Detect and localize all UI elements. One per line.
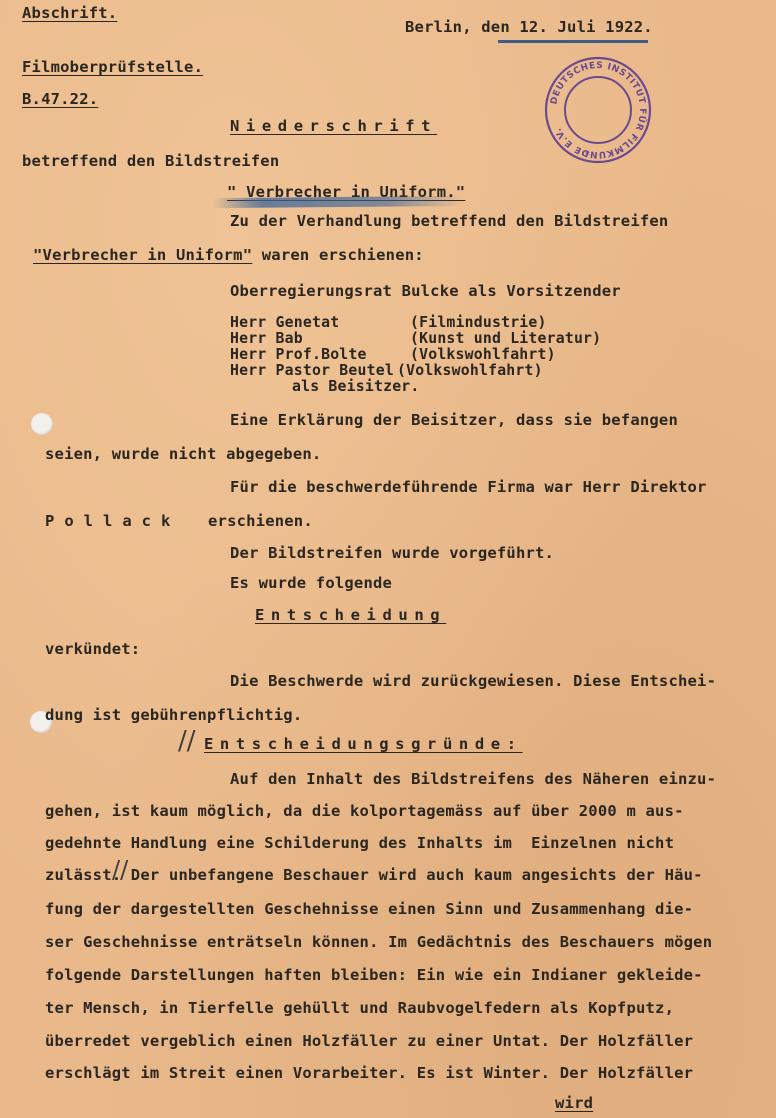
intro-line-1: Zu der Verhandlung betreffend den Bildst…: [230, 212, 668, 230]
reasons-line-1: Auf den Inhalt des Bildstreifens des Näh…: [230, 770, 716, 788]
body-line-1: Eine Erklärung der Beisitzer, dass sie b…: [230, 411, 678, 429]
decision-line-1: Die Beschwerde wird zurückgewiesen. Dies…: [230, 672, 716, 690]
body-name-pollack: Pollack: [45, 512, 180, 530]
intro-line-2: "Verbrecher in Uniform" waren erschienen…: [33, 246, 424, 264]
reasons-line-2: gehen, ist kaum möglich, da die kolporta…: [45, 802, 684, 820]
decision-line-2: dung ist gebührenpflichtig.: [45, 706, 302, 724]
reasons-line-6: ser Geschehnisse enträtseln können. Im G…: [45, 933, 712, 951]
members-role: als Beisitzer.: [292, 378, 420, 396]
institute-stamp: DEUTSCHES INSTITUT FÜR FILMKUNDE E.V. *: [543, 55, 653, 165]
reasons-line-8: ter Mensch, in Tierfelle gehüllt und Rau…: [45, 999, 674, 1017]
reasons-line-9: überredet vergeblich einen Holzfäller zu…: [45, 1032, 693, 1050]
place-date: Berlin, den 12. Juli 1922.: [405, 18, 653, 36]
authority-name: Filmoberprüfstelle.: [22, 58, 203, 76]
pen-slash-mark: //: [178, 726, 196, 756]
document-page: Abschrift. Berlin, den 12. Juli 1922. Fi…: [0, 0, 776, 1118]
place-date-text: Berlin, den 12. Juli 1922.: [405, 18, 653, 36]
subject-line: betreffend den Bildstreifen: [22, 152, 279, 170]
reasons-line-10: erschlägt im Streit einen Vorarbeiter. E…: [45, 1064, 693, 1082]
body-line-3: Für die beschwerdeführende Firma war Her…: [230, 478, 707, 496]
pen-slash-mark-2: //: [112, 856, 128, 884]
announced-label: verkündet:: [45, 640, 140, 658]
svg-text:*: *: [585, 150, 590, 161]
copy-label: Abschrift.: [22, 4, 117, 22]
reasons-line-4: zulässt. Der unbefangene Beschauer wird …: [45, 866, 703, 884]
intro-line-2-rest: waren erschienen:: [252, 246, 424, 264]
intro-film-title: "Verbrecher in Uniform": [33, 246, 252, 264]
body-line-5: Der Bildstreifen wurde vorgeführt.: [230, 544, 554, 562]
blue-pen-underline: [498, 40, 648, 43]
punch-hole-top: [31, 413, 53, 435]
body-line-4-rest: erschienen.: [208, 512, 313, 530]
body-line-2: seien, wurde nicht abgegeben.: [45, 445, 321, 463]
decision-heading: Entscheidung: [255, 606, 446, 624]
reasons-line-7: folgende Darstellungen haften bleiben: E…: [45, 966, 703, 984]
stamp-seal-icon: DEUTSCHES INSTITUT FÜR FILMKUNDE E.V. *: [543, 55, 653, 165]
document-title: Niederschrift: [230, 117, 437, 135]
reasons-line-3: gedehnte Handlung eine Schilderung des I…: [45, 834, 674, 852]
reasons-line-5: fung der dargestellten Geschehnisse eine…: [45, 900, 693, 918]
reference-number: B.47.22.: [22, 90, 98, 108]
catchword: wird: [555, 1094, 593, 1112]
chair-line: Oberregierungsrat Bulcke als Vorsitzende…: [230, 282, 621, 300]
body-line-6: Es wurde folgende: [230, 574, 392, 592]
reasons-heading: Entscheidungsgründe:: [204, 735, 523, 753]
blue-ink-mark: [212, 196, 462, 208]
